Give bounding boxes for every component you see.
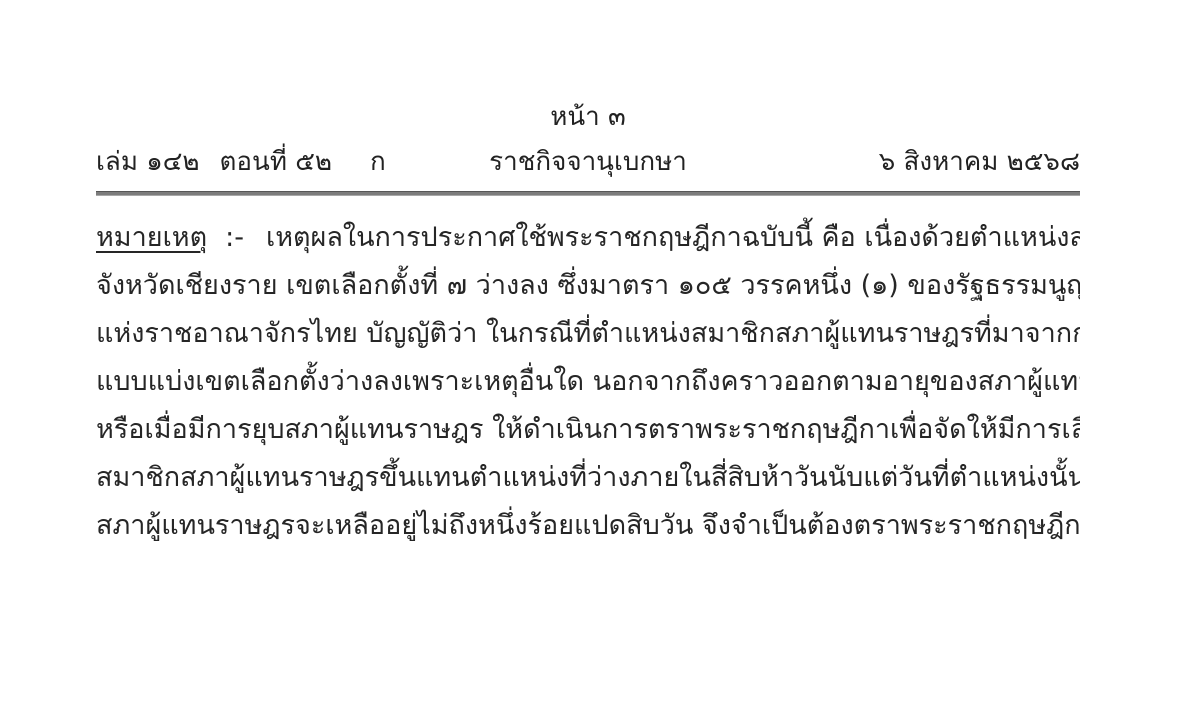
page-content: หน้า ๓ เล่ม ๑๔๒ ตอนที่ ๕๒ ก ราชกิจจานุเบ… xyxy=(96,0,1080,550)
note-paragraph: หมายเหตุ:-เหตุผลในการประกาศใช้พระราชกฤษฎ… xyxy=(96,214,1080,550)
note-label: หมายเหตุ xyxy=(96,222,207,253)
body-line-2: จังหวัดเชียงราย เขตเลือกตั้งที่ ๗ ว่างลง… xyxy=(96,262,1080,310)
body-line-1: หมายเหตุ:-เหตุผลในการประกาศใช้พระราชกฤษฎ… xyxy=(96,214,1080,262)
body-line-4: แบบแบ่งเขตเลือกตั้งว่างลงเพราะเหตุอื่นใด… xyxy=(96,358,1080,406)
body-line-3: แห่งราชอาณาจักรไทย บัญญัติว่า ในกรณีที่ต… xyxy=(96,310,1080,358)
gazette-document-page: หน้า ๓ เล่ม ๑๔๒ ตอนที่ ๕๒ ก ราชกิจจานุเบ… xyxy=(0,0,1200,706)
body-line-5: หรือเมื่อมีการยุบสภาผู้แทนราษฎร ให้ดำเนิ… xyxy=(96,406,1080,454)
body-line-6: สมาชิกสภาผู้แทนราษฎรขึ้นแทนตำแหน่งที่ว่า… xyxy=(96,454,1080,502)
note-separator: :- xyxy=(225,222,244,253)
page-number: หน้า ๓ xyxy=(96,100,1080,134)
header-rule xyxy=(96,191,1080,196)
body-line-1-text: เหตุผลในการประกาศใช้พระราชกฤษฎีกาฉบับนี้… xyxy=(266,222,1080,253)
masthead: เล่ม ๑๔๒ ตอนที่ ๕๒ ก ราชกิจจานุเบกษา ๖ ส… xyxy=(96,144,1080,180)
body-line-7: สภาผู้แทนราษฎรจะเหลืออยู่ไม่ถึงหนึ่งร้อย… xyxy=(96,502,1080,550)
issue-date: ๖ สิงหาคม ๒๕๖๘ xyxy=(879,144,1080,180)
